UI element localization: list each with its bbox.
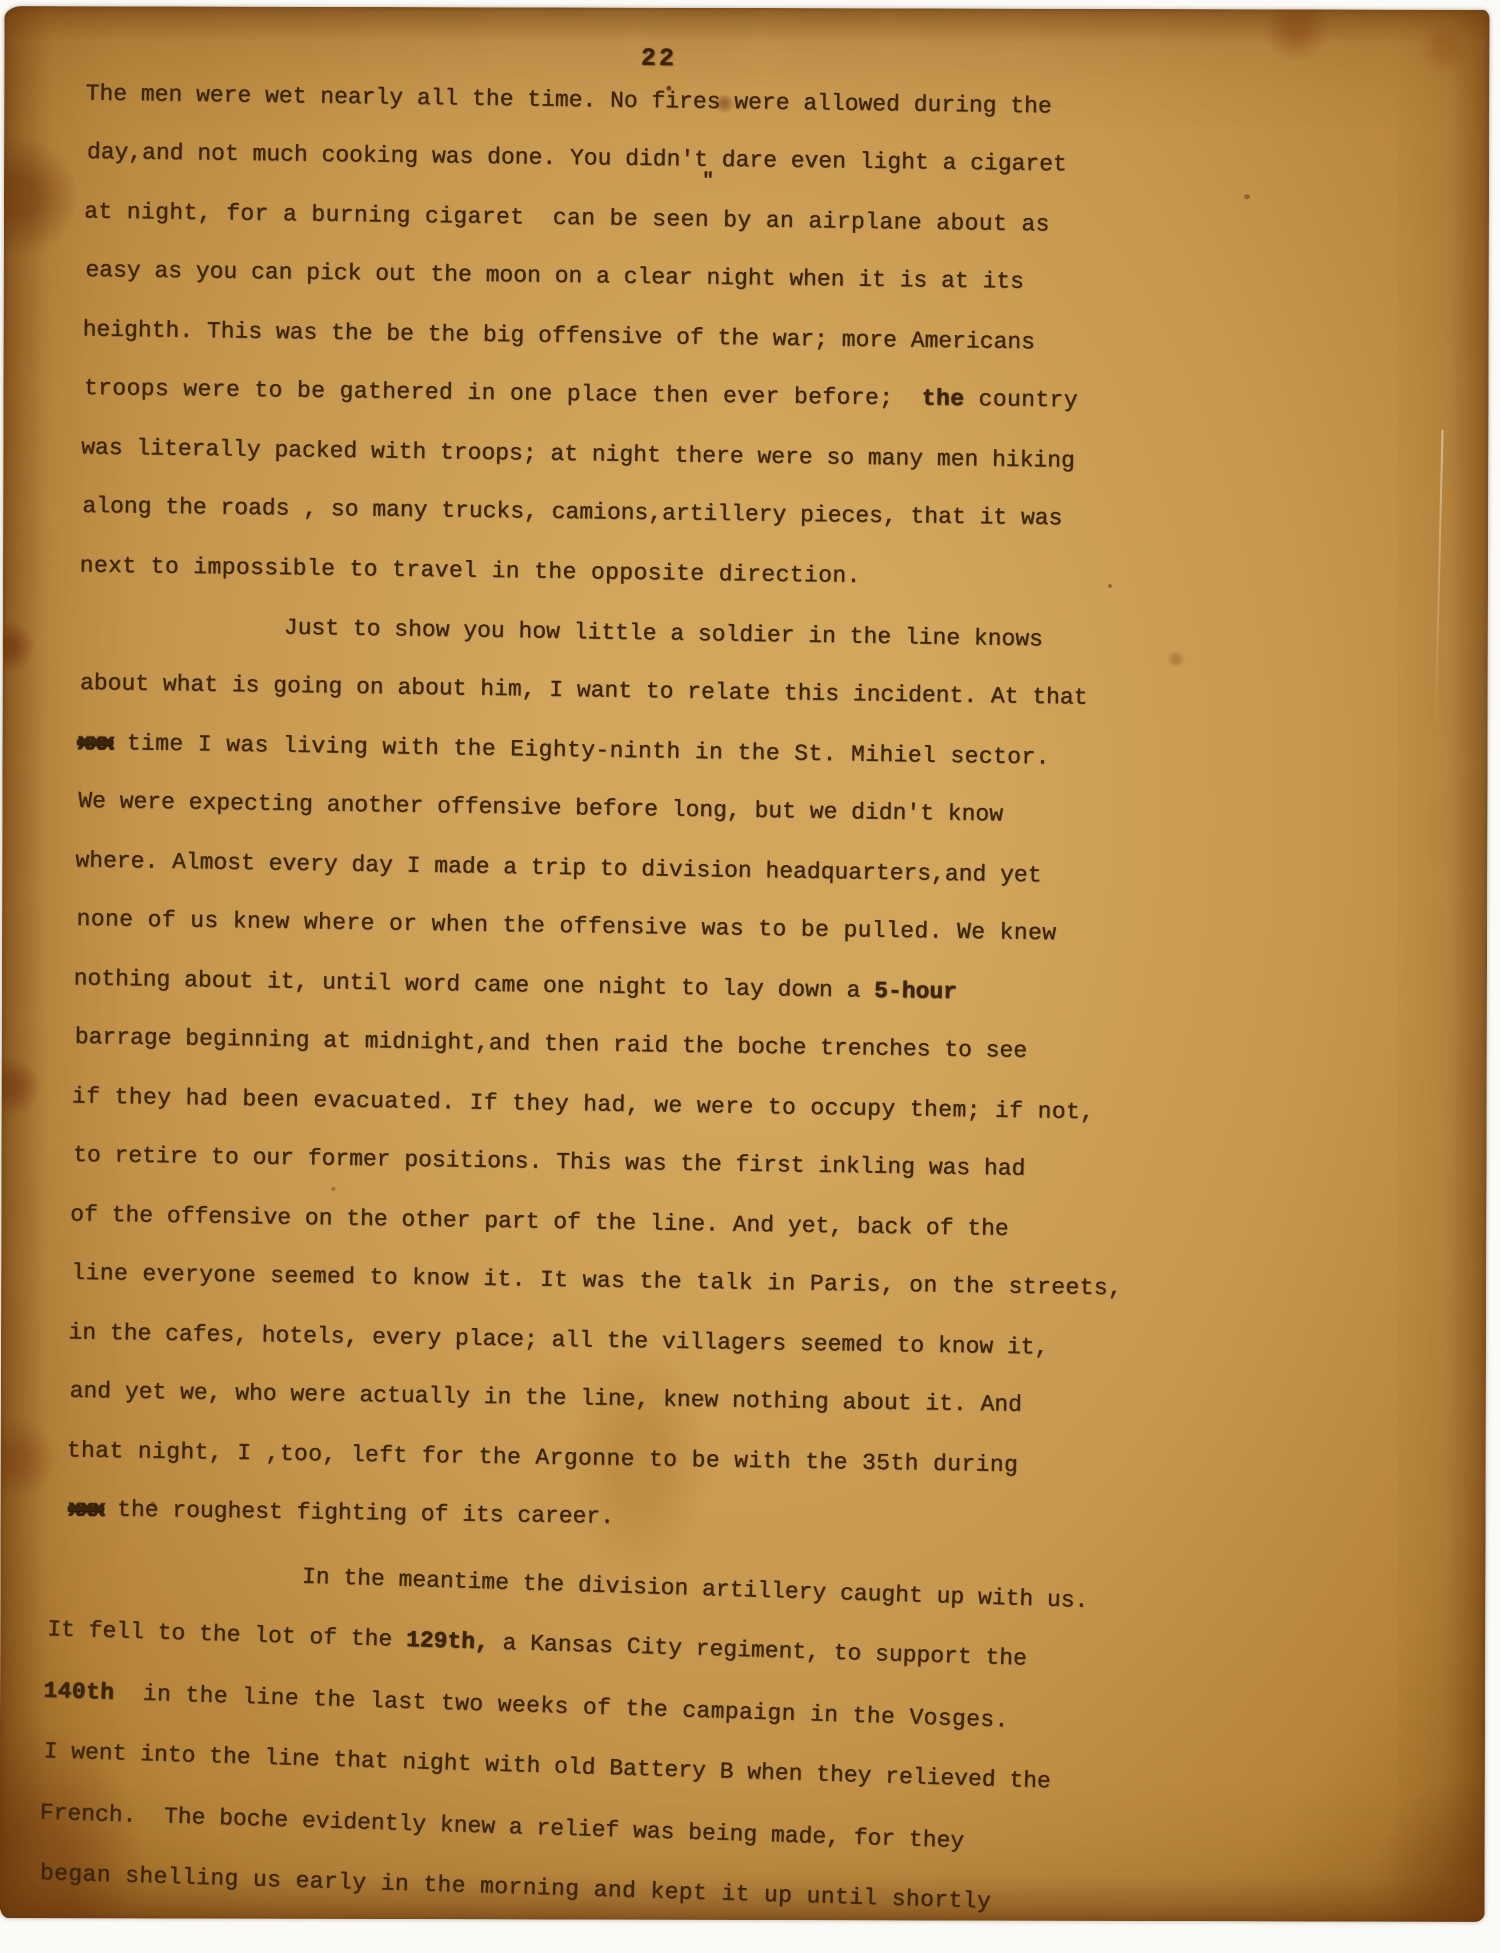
paragraph: In the meantime the division artillery c… bbox=[39, 1538, 1096, 1935]
typed-text-segment: a Kansas City regiment, to support the bbox=[488, 1629, 1027, 1671]
typed-text-segment: time I was living with the Eighty-ninth … bbox=[112, 730, 1050, 771]
typed-text-segment: In the meantime the division artillery c… bbox=[302, 1564, 1089, 1614]
typed-text-segment: was literally packed with troops; at nig… bbox=[81, 434, 1075, 473]
typed-text-segment: along the roads , so many trucks, camion… bbox=[82, 493, 1062, 531]
stain-speck bbox=[1244, 194, 1250, 199]
typed-text-segment: barrage beginning at midnight,and then r… bbox=[75, 1024, 1028, 1064]
typed-text-segment: 129th, bbox=[406, 1627, 490, 1655]
paragraph: Just to show you how little a soldier in… bbox=[67, 595, 1127, 1554]
typed-text-segment: 5-hour bbox=[874, 978, 957, 1005]
paragraph: The men were wet nearly all the time. No… bbox=[81, 64, 1134, 608]
typed-text-segment: 140th bbox=[43, 1678, 115, 1706]
typed-text-segment: easy as you can pick out the moon on a c… bbox=[85, 257, 1024, 295]
typed-text-segment: line everyone seemed to know it. It was … bbox=[71, 1260, 1122, 1301]
typed-text-segment: We were expecting another offensive befo… bbox=[78, 788, 1003, 828]
overstruck-text: xxx bbox=[77, 729, 113, 756]
paper-crease bbox=[1434, 430, 1443, 730]
typed-text-segment: the roughest fighting of its career. bbox=[103, 1496, 614, 1529]
scanned-document-page: 22 " The men were wet nearly all the tim… bbox=[0, 0, 1500, 1953]
typed-text-segment: day,and not much cooking was done. You d… bbox=[87, 139, 1067, 177]
typed-text-segment: of the offensive on the other part of th… bbox=[70, 1201, 1009, 1242]
typed-text-segment: It fell to the lot of the bbox=[47, 1616, 406, 1653]
typed-text-segment: none of us knew where or when the offens… bbox=[76, 906, 1056, 946]
typed-text-segment: heighth. This was the be the big offensi… bbox=[82, 316, 1035, 355]
typed-text-segment: that night, I ,too, left for the Argonne… bbox=[67, 1437, 1019, 1478]
typed-text-segment: in the line the last two weeks of the ca… bbox=[114, 1680, 1009, 1734]
typed-text-segment: at night, for a burning cigaret can be s… bbox=[84, 199, 1050, 238]
typed-text-segment: if they had been evacuated. If they had,… bbox=[72, 1083, 1095, 1125]
typed-text-segment: where. Almost every day I made a trip to… bbox=[75, 847, 1041, 888]
typed-text-segment: The men were wet nearly all the time. No… bbox=[85, 81, 1051, 120]
typed-text-segment: and yet we, who were actually in the lin… bbox=[69, 1378, 1022, 1418]
typed-text: The men were wet nearly all the time. No… bbox=[65, 64, 1134, 1918]
typed-text-segment: troops were to be gathered in one place … bbox=[84, 375, 922, 412]
typed-text-segment: French. The boche evidently knew a relie… bbox=[39, 1800, 964, 1855]
typed-text-segment: the bbox=[922, 386, 965, 413]
overstruck-text: xxx bbox=[68, 1496, 104, 1523]
typed-text-segment: nothing about it, until word came one ni… bbox=[74, 965, 875, 1003]
typed-text-segment: in the cafes, hotels, every place; all t… bbox=[68, 1319, 1048, 1360]
typed-text-segment: Just to show you how little a soldier in… bbox=[284, 615, 1043, 653]
typed-text-segment: country bbox=[964, 386, 1078, 413]
typed-text-segment: to retire to our former positions. This … bbox=[73, 1142, 1026, 1182]
typed-text-segment: about what is going on about him, I want… bbox=[80, 670, 1088, 711]
page-number: 22 bbox=[641, 44, 677, 73]
typed-text-segment: next to impossible to travel in the oppo… bbox=[80, 552, 861, 588]
